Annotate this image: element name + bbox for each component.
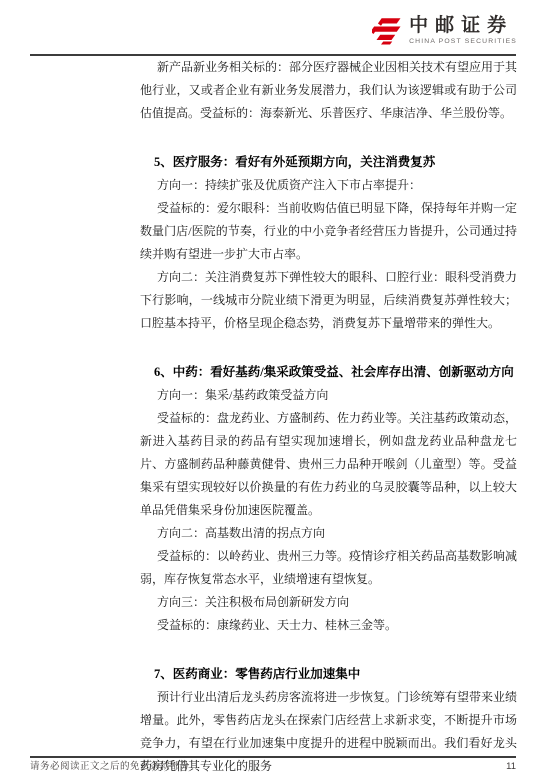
- section-heading-tcm: 6、中药：看好基药/集采政策受益、社会库存出清、创新驱动方向: [140, 361, 517, 384]
- intro-paragraph: 新产品新业务相关标的：部分医疗器械企业因相关技术有望应用于其他行业，又或者企业有…: [140, 56, 517, 125]
- paragraph: 受益标的：盘龙药业、方盛制药、佐力药业等。关注基药政策动态，新进入基药目录的药品…: [140, 407, 517, 522]
- brand-name-en: CHINA POST SECURITIES: [409, 38, 517, 46]
- paragraph: 受益标的：爱尔眼科：当前收购估值已明显下降，保持每年并购一定数量门店/医院的节奏…: [140, 197, 517, 266]
- page-footer: 请务必阅读正文之后的免责条款部分 11: [30, 760, 516, 774]
- paragraph: 方向二：高基数出清的拐点方向: [140, 522, 517, 545]
- page-header: 中邮证券 CHINA POST SECURITIES: [372, 15, 517, 46]
- footer-disclaimer: 请务必阅读正文之后的免责条款部分: [30, 760, 190, 774]
- report-body: 新产品新业务相关标的：部分医疗器械企业因相关技术有望应用于其他行业，又或者企业有…: [140, 56, 517, 778]
- china-post-logo-icon: [372, 16, 402, 46]
- report-page: 中邮证券 CHINA POST SECURITIES 新产品新业务相关标的：部分…: [0, 0, 546, 781]
- paragraph: 方向二：关注消费复苏下弹性较大的眼科、口腔行业：眼科受消费力下行影响，一线城市分…: [140, 266, 517, 335]
- section-heading-pharma-commerce: 7、医药商业：零售药店行业加速集中: [140, 663, 517, 686]
- paragraph: 方向一：集采/基药政策受益方向: [140, 384, 517, 407]
- footer-divider: [30, 756, 516, 758]
- paragraph: 方向三：关注积极布局创新研发方向: [140, 591, 517, 614]
- page-number: 11: [506, 760, 516, 774]
- brand-name-cn: 中邮证券: [409, 15, 513, 37]
- section-heading-medical-services: 5、医疗服务：看好有外延预期方向，关注消费复苏: [140, 151, 517, 174]
- brand-text: 中邮证券 CHINA POST SECURITIES: [409, 15, 517, 46]
- paragraph: 受益标的：以岭药业、贵州三力等。疫情诊疗相关药品高基数影响减弱，库存恢复常态水平…: [140, 545, 517, 591]
- paragraph: 方向一：持续扩张及优质资产注入下市占率提升：: [140, 174, 517, 197]
- paragraph: 受益标的：康缘药业、天士力、桂林三金等。: [140, 614, 517, 637]
